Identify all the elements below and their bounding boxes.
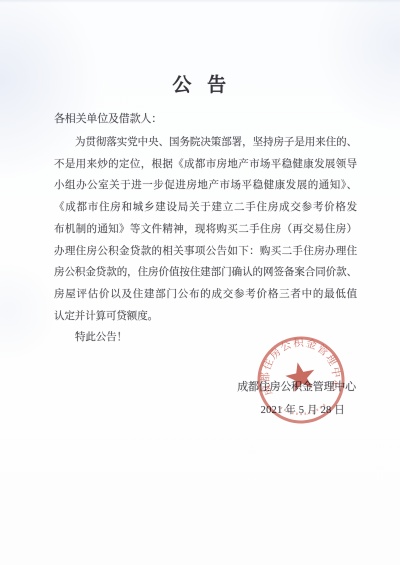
seal-code-marks — [281, 404, 325, 415]
official-seal: 成都住房公积金管理中心 — [253, 332, 349, 428]
seal-arc-text: 成都住房公积金管理中心 — [256, 333, 345, 397]
body-line: 不是用来炒的定位，根据《成都市房地产市场平稳健康发展领导 — [54, 154, 357, 176]
scan-edge-shadow — [0, 0, 400, 3]
announcement-body: 为贯彻落实党中央、国务院决策部署，坚持房子是用来住的、 不是用来炒的定位，根据《… — [54, 132, 357, 349]
announcement-title: 公 告 — [0, 70, 400, 97]
body-line: 认定并计算可贷额度。 — [54, 306, 357, 328]
body-line: 小组办公室关于进一步促进房地产市场平稳健康发展的通知》、 — [54, 175, 357, 197]
star-icon — [284, 361, 315, 392]
body-line: 房公积金贷款的，住房价值按住建部门确认的网签备案合同价款、 — [54, 262, 357, 284]
body-line: 布机制的通知》等文件精神，现将购买二手住房（再交易住房） — [54, 219, 357, 241]
scanned-announcement-page: 公 告 各相关单位及借款人： 为贯彻落实党中央、国务院决策部署，坚持房子是用来住… — [0, 0, 400, 565]
body-line: 办理住房公积金贷款的相关事项公告如下：购买二手住房办理住 — [54, 241, 357, 263]
body-line: 《成都市住房和城乡建设局关于建立二手住房成交参考价格发 — [54, 197, 357, 219]
svg-text:成都住房公积金管理中心: 成都住房公积金管理中心 — [256, 333, 345, 397]
salutation-line: 各相关单位及借款人： — [54, 110, 162, 126]
body-line: 房屋评估价以及住建部门公布的成交参考价格三者中的最低值 — [54, 284, 357, 306]
body-line: 为贯彻落实党中央、国务院决策部署，坚持房子是用来住的、 — [54, 132, 357, 154]
